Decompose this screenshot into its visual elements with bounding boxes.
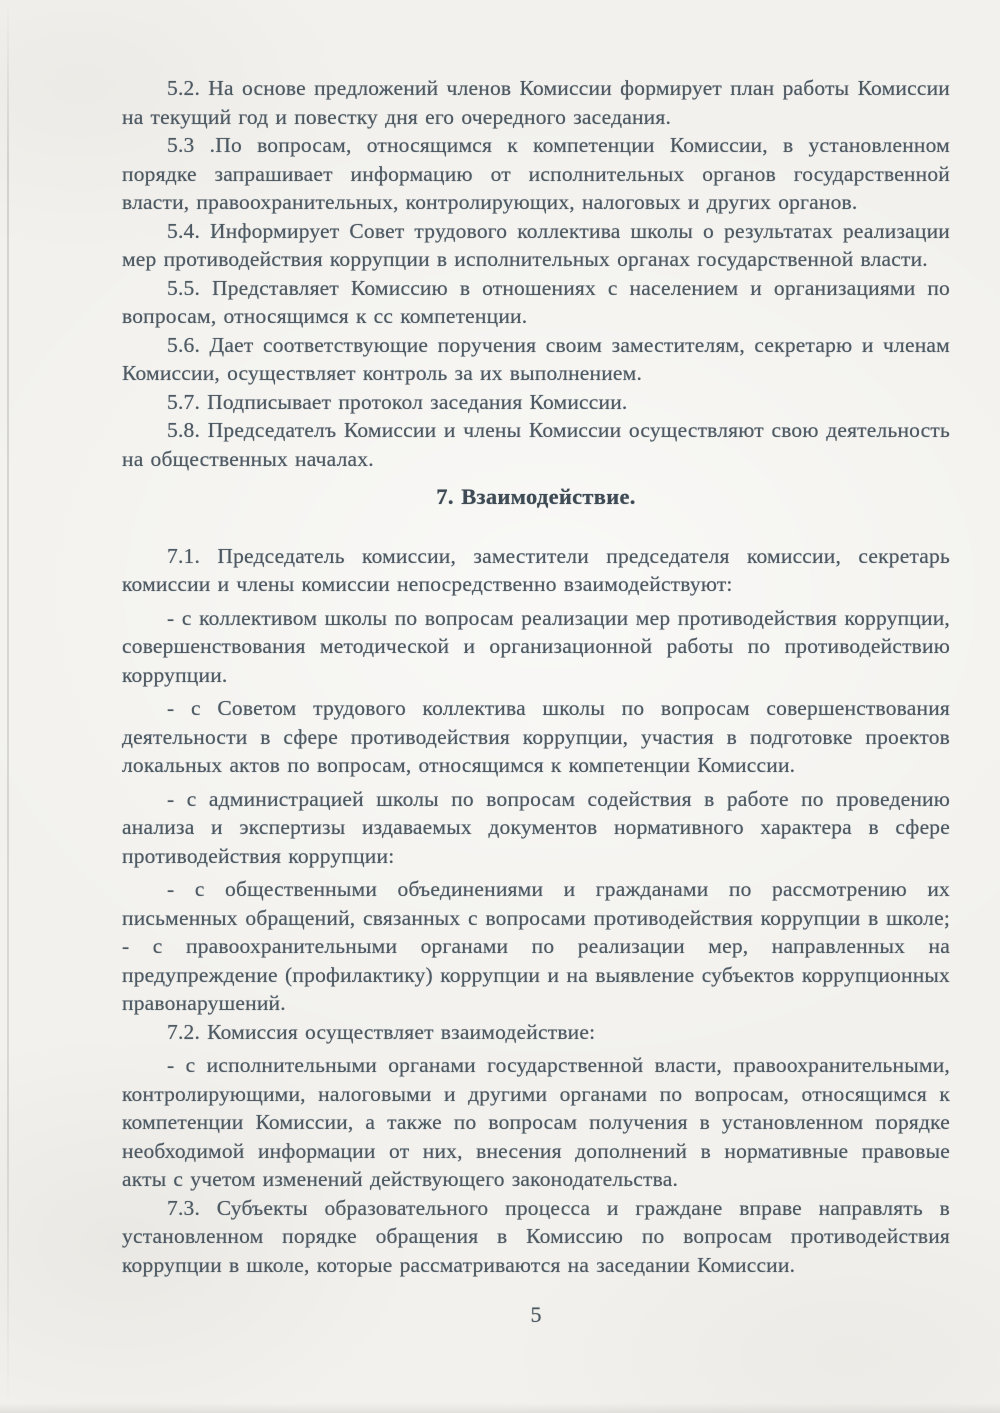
paragraph-5-8: 5.8. Председателъ Комиссии и члены Комис… — [122, 416, 950, 473]
section-7-heading: 7. Взаимодействие. — [122, 482, 950, 512]
paragraph-5-7: 5.7. Подписывает протокол заседания Коми… — [122, 388, 950, 417]
scan-bottom-shadow — [0, 1403, 1000, 1413]
page-number: 5 — [122, 1301, 950, 1329]
paragraph-7-1: 7.1. Председатель комиссии, заместители … — [122, 542, 950, 599]
paragraph-5-4: 5.4. Информирует Совет трудового коллект… — [122, 217, 950, 274]
bullet-public-associations: - с общественными объединениями и гражда… — [122, 875, 950, 1018]
bullet-executive-bodies: - с исполнительными органами государстве… — [122, 1051, 950, 1194]
paragraph-5-2: 5.2. На основе предложений членов Комисс… — [122, 74, 950, 131]
bullet-labor-collective-council: - с Советом трудового коллектива школы п… — [122, 694, 950, 780]
paragraph-5-6: 5.6. Дает соответствующие поручения свои… — [122, 331, 950, 388]
paragraph-5-5: 5.5. Представляет Комиссию в отношениях … — [122, 274, 950, 331]
scan-edge-artifact — [7, 0, 9, 1413]
bullet-school-collective: - с коллективом школы по вопросам реализ… — [122, 604, 950, 690]
bullet-school-administration: - с администрацией школы по вопросам сод… — [122, 785, 950, 871]
document-content: 5.2. На основе предложений членов Комисс… — [122, 74, 950, 1329]
paragraph-7-3: 7.3. Субъекты образовательного процесса … — [122, 1194, 950, 1280]
paragraph-5-3: 5.3 .По вопросам, относящимся к компетен… — [122, 131, 950, 217]
paragraph-7-2: 7.2. Комиссия осуществляет взаимодействи… — [122, 1018, 950, 1047]
scanned-document-page: 5.2. На основе предложений членов Комисс… — [0, 0, 1000, 1413]
